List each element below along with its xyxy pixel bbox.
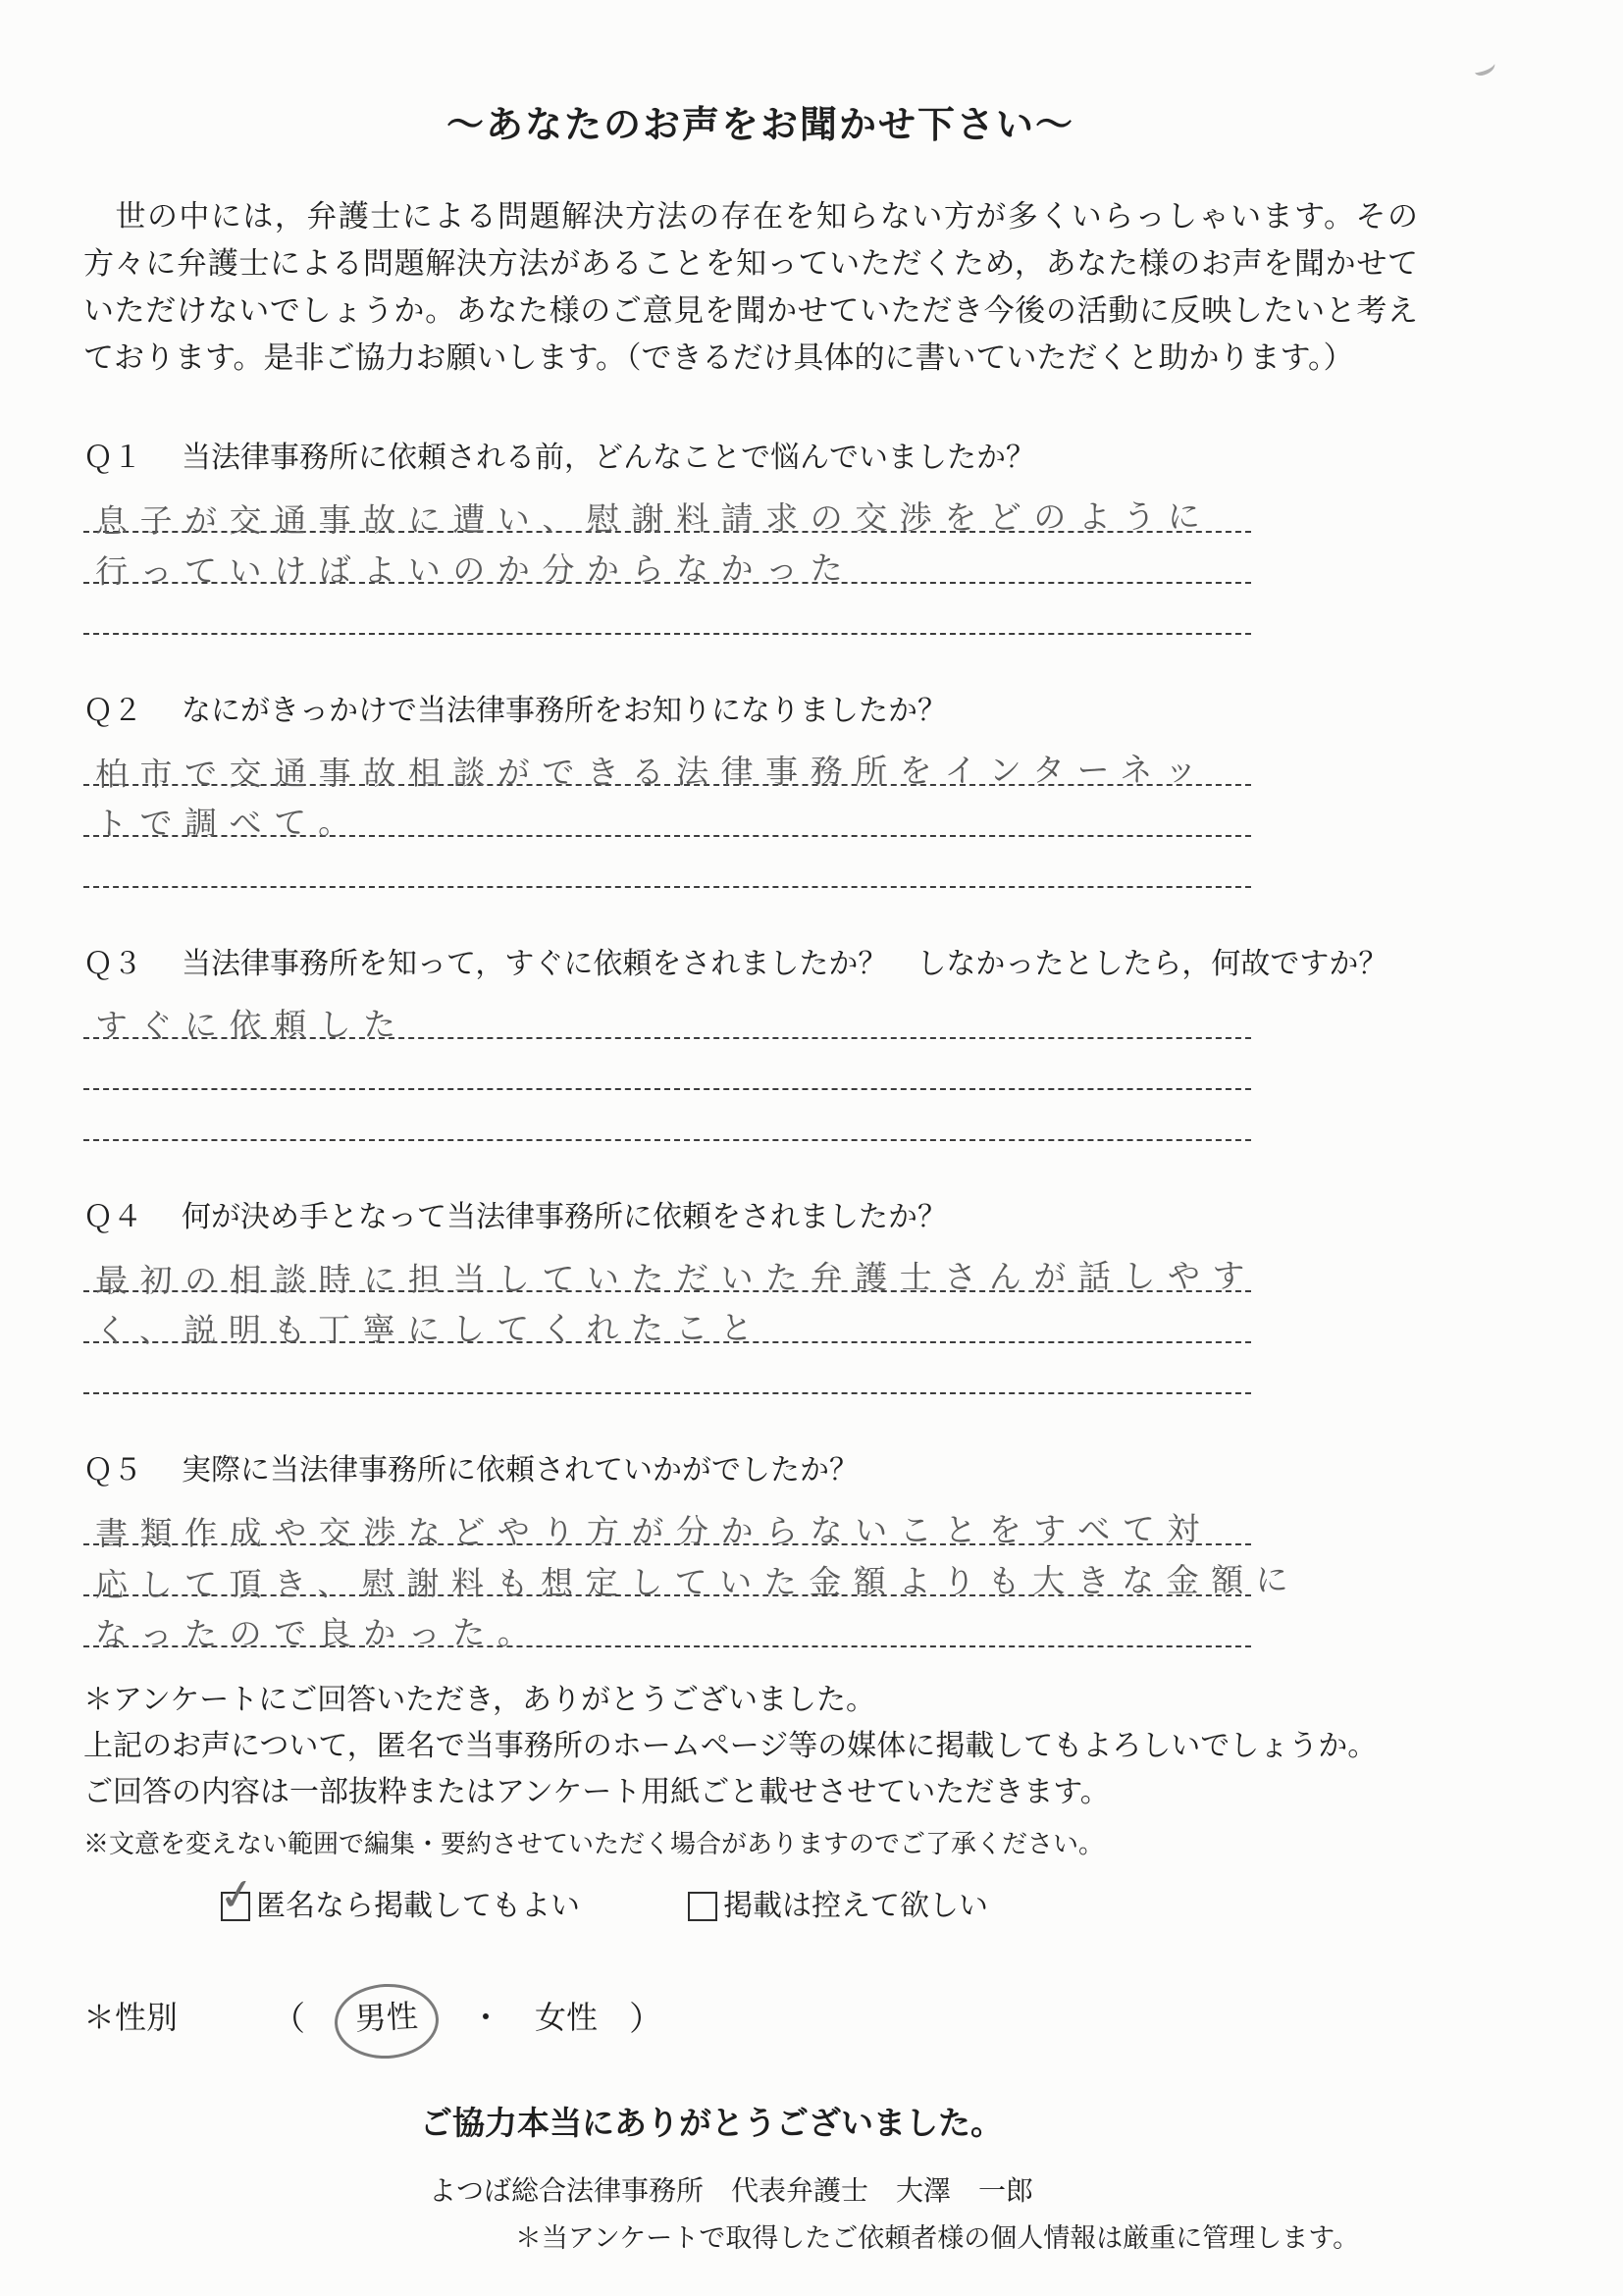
answer-area-q2: 柏市で交通事故相談ができる法律事務所をインターネッ トで調べて。 [83,735,1251,888]
answer-line: 息子が交通事故に遭い、慰謝料請求の交渉をどのように [83,482,1251,533]
consent-options: ✓ 匿名なら掲載してもよい ✓ 掲載は控えて欲しい [221,1883,1438,1929]
gender-paren-close: ） [629,1992,662,2040]
question-q2: Ｑ２なにがきっかけで当法律事務所をお知りになりましたか？ [83,690,1438,733]
answer-line: 最初の相談時に担当していただいた弁護士さんが話しやす [83,1241,1251,1292]
answer-area-q3: すぐに依頼した [83,988,1251,1141]
question-text: なにがきっかけで当法律事務所をお知りになりましたか？ [182,695,947,727]
question-q1: Ｑ１当法律事務所に依頼される前，どんなことで悩んでいましたか？ [83,437,1438,480]
answer-line [83,1039,1251,1090]
question-block-q5: Ｑ５実際に当法律事務所に依頼されていかがでしたか？ 書類作成や交渉などやり方が分… [83,1449,1438,1647]
gender-label: ＊性別 [83,1993,178,2038]
gender-separator: ・ [470,1993,501,2038]
gender-row: ＊性別 （ 男性 ・ 女性 ） [83,1990,1438,2041]
gender-option-male: 男性 [333,1981,441,2061]
question-block-q2: Ｑ２なにがきっかけで当法律事務所をお知りになりましたか？ 柏市で交通事故相談がで… [83,690,1438,888]
consent-request-line1: 上記のお声について，匿名で当事務所のホームページ等の媒体に掲載してもよろしいでし… [83,1723,1438,1769]
answer-area-q5: 書類作成や交渉などやり方が分からないことをすべて対 応して頂き、慰謝料も想定して… [83,1494,1251,1647]
answer-line [83,584,1251,635]
answer-area-q4: 最初の相談時に担当していただいた弁護士さんが話しやす く、説明も丁寧にしてくれた… [83,1241,1251,1394]
gender-option-female: 女性 [529,1993,603,2038]
question-number: Ｑ２ [83,690,182,733]
answer-line [83,837,1251,888]
question-number: Ｑ５ [83,1449,182,1492]
page-title: ～あなたのお声をお聞かせ下さい～ [83,94,1438,148]
answer-line: 行っていけばよいのか分からなかった [83,533,1251,584]
answer-line: すぐに依頼した [83,988,1251,1039]
answer-line: く、説明も丁寧にしてくれたこと [83,1292,1251,1343]
answer-line: トで調べて。 [83,786,1251,837]
question-text: 当法律事務所を知って，すぐに依頼をされましたか？ しなかったとしたら，何故ですか… [182,948,1387,980]
pen-mark-artifact [1472,58,1496,78]
answer-line [83,1090,1251,1141]
answer-line: 応して頂き、慰謝料も想定していた金額よりも大きな金額に [83,1545,1251,1596]
consent-request-line2: ご回答の内容は一部抜粋またはアンケート用紙ごと載せさせていただきます。 [83,1769,1438,1815]
intro-paragraph: 世の中には，弁護士による問題解決方法の存在を知らない方が多くいらっしゃいます。そ… [83,193,1418,382]
question-block-q3: Ｑ３当法律事務所を知って，すぐに依頼をされましたか？ しなかったとしたら，何故で… [83,943,1438,1141]
handwritten-answer: なったので良かった。 [95,1607,543,1655]
consent-option-anonymous-ok: ✓ 匿名なら掲載してもよい [221,1883,580,1929]
question-number: Ｑ１ [83,437,182,480]
survey-thanks-line: ＊アンケートにご回答いただき，ありがとうございました。 [83,1677,1438,1723]
question-block-q4: Ｑ４何が決め手となって当法律事務所に依頼をされましたか？ 最初の相談時に担当して… [83,1196,1438,1394]
checkbox-no-publish: ✓ [688,1892,717,1921]
answer-line: 書類作成や交渉などやり方が分からないことをすべて対 [83,1494,1251,1545]
checkbox-anonymous-ok: ✓ [221,1892,250,1921]
question-text: 何が決め手となって当法律事務所に依頼をされましたか？ [182,1201,947,1233]
question-q3: Ｑ３当法律事務所を知って，すぐに依頼をされましたか？ しなかったとしたら，何故で… [83,943,1438,986]
consent-edit-note: ※文意を変えない範囲で編集・要約させていただく場合がありますのでご了承ください。 [83,1821,1438,1867]
check-mark: ✓ [216,1869,258,1920]
consent-option-label: 掲載は控えて欲しい [723,1883,988,1929]
footer-privacy-note: ＊当アンケートで取得したご依頼者様の個人情報は厳重に管理します。 [83,2217,1575,2255]
answer-line: 柏市で交通事故相談ができる法律事務所をインターネッ [83,735,1251,786]
consent-section: ＊アンケートにご回答いただき，ありがとうございました。 上記のお声について，匿名… [83,1677,1438,1929]
question-q5: Ｑ５実際に当法律事務所に依頼されていかがでしたか？ [83,1449,1438,1492]
question-block-q1: Ｑ１当法律事務所に依頼される前，どんなことで悩んでいましたか？ 息子が交通事故に… [83,437,1438,635]
question-text: 実際に当法律事務所に依頼されていかがでしたか？ [182,1454,859,1487]
footer-office-signature: よつば総合法律事務所 代表弁護士 大澤 一郎 [83,2169,1320,2209]
consent-option-no-publish: ✓ 掲載は控えて欲しい [688,1883,988,1929]
footer-thanks: ご協力本当にありがとうございました。 [83,2098,1300,2144]
survey-sheet: ～あなたのお声をお聞かせ下さい～ 世の中には，弁護士による問題解決方法の存在を知… [0,0,1623,2296]
gender-paren-open: （ [272,1992,305,2040]
answer-line: なったので良かった。 [83,1596,1251,1647]
consent-option-label: 匿名なら掲載してもよい [256,1883,580,1929]
question-number: Ｑ３ [83,943,182,986]
answer-line [83,1343,1251,1394]
question-text: 当法律事務所に依頼される前，どんなことで悩んでいましたか？ [182,442,1035,474]
question-q4: Ｑ４何が決め手となって当法律事務所に依頼をされましたか？ [83,1196,1438,1239]
answer-area-q1: 息子が交通事故に遭い、慰謝料請求の交渉をどのように 行っていけばよいのか分からな… [83,482,1251,635]
question-number: Ｑ４ [83,1196,182,1239]
